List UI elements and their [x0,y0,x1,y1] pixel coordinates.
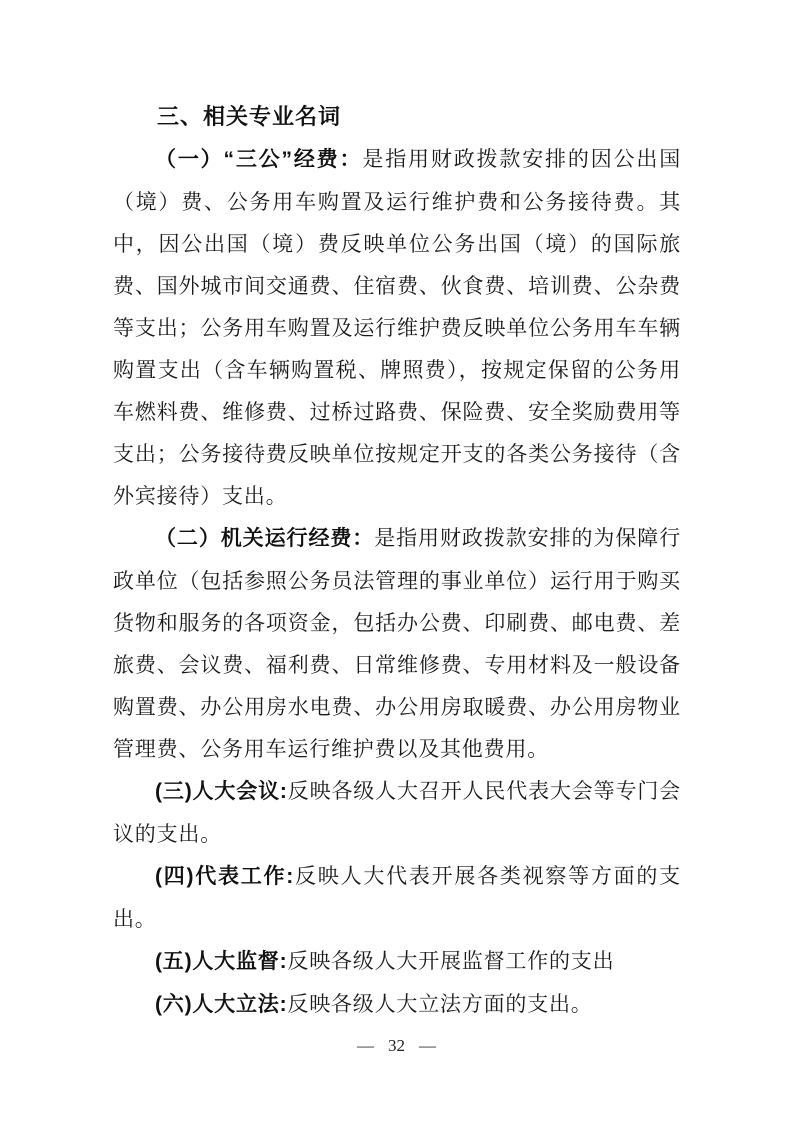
term-label: (六)人大立法: [155,993,287,1016]
footer-dash-right: — [419,1032,436,1060]
term-paragraph: （一）“三公”经费：是指用财政拨款安排的因公出国（境）费、公务用车购置及运行维护… [113,138,681,517]
term-label: （一）“三公”经费： [155,148,362,171]
term-paragraph: （二）机关运行经费：是指用财政拨款安排的为保障行政单位（包括参照公务员法管理的事… [113,517,681,770]
term-label: (三)人大会议: [155,780,288,803]
term-paragraph: (六)人大立法:反映各级人大立法方面的支出。 [113,983,681,1026]
term-definition: 反映各级人大开展监督工作的支出 [287,949,614,973]
term-label: (五)人大监督: [155,950,287,973]
term-paragraph: (三)人大会议:反映各级人大召开人民代表大会等专门会议的支出。 [113,770,681,855]
page-footer: —32— [0,1032,793,1060]
terms-list: （一）“三公”经费：是指用财政拨款安排的因公出国（境）费、公务用车购置及运行维护… [113,138,681,1026]
term-label: (四)代表工作: [155,865,294,888]
term-paragraph: (四)代表工作:反映人大代表开展各类视察等方面的支出。 [113,855,681,940]
page-number: 32 [388,1036,405,1055]
section-heading: 三、相关专业名词 [113,96,681,138]
footer-dash-left: — [357,1032,374,1060]
term-label: （二）机关运行经费： [155,527,374,550]
term-definition: 是指用财政拨款安排的为保障行政单位（包括参照公务员法管理的事业单位）运行用于购买… [113,526,681,761]
document-page: 三、相关专业名词 （一）“三公”经费：是指用财政拨款安排的因公出国（境）费、公务… [0,0,793,1122]
document-body: 三、相关专业名词 （一）“三公”经费：是指用财政拨款安排的因公出国（境）费、公务… [113,96,681,1026]
term-paragraph: (五)人大监督:反映各级人大开展监督工作的支出 [113,940,681,983]
term-definition: 反映各级人大立法方面的支出。 [287,992,592,1016]
term-definition: 是指用财政拨款安排的因公出国（境）费、公务用车购置及运行维护费和公务接待费。其中… [113,147,681,508]
